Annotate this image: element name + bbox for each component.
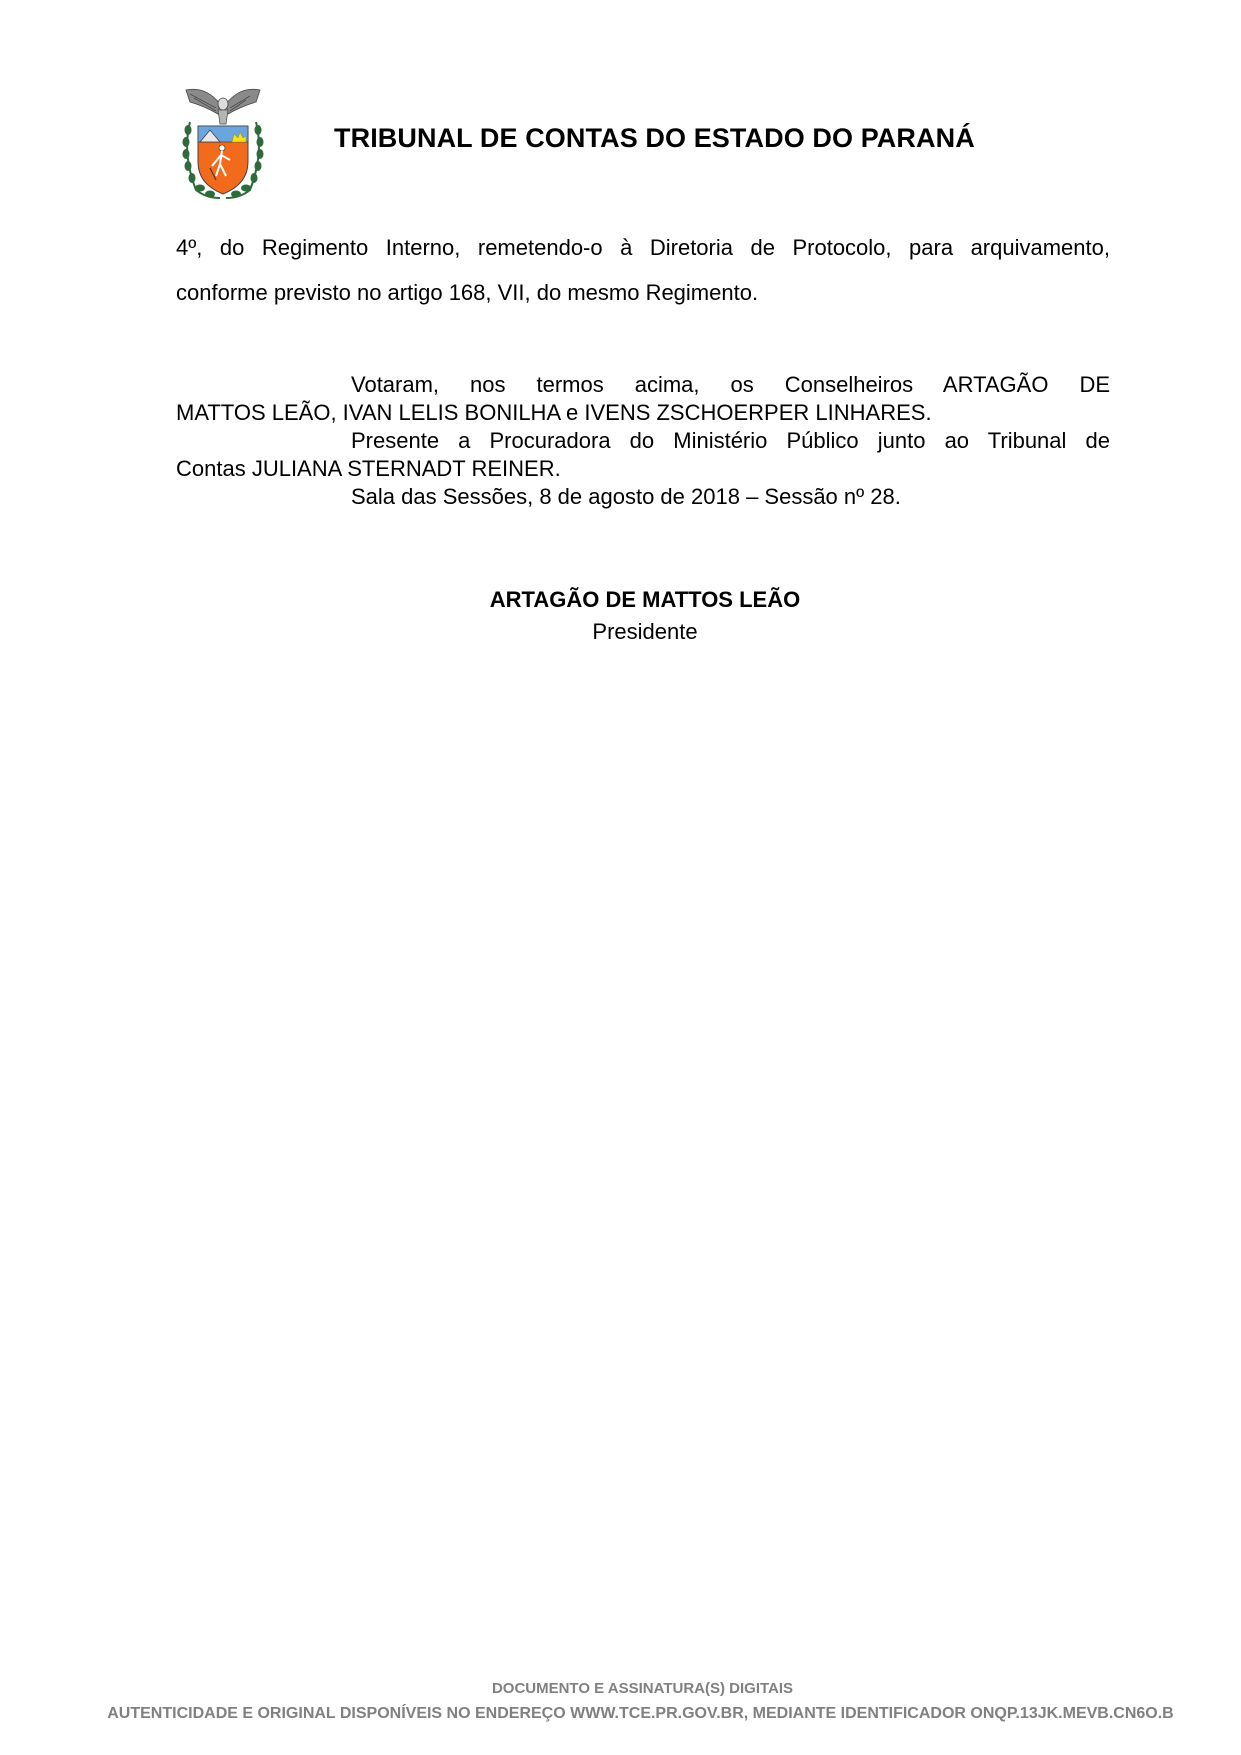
coat-of-arms-icon bbox=[176, 84, 270, 202]
paragraph-1-line-1: 4º, do Regimento Interno, remetendo-o à … bbox=[176, 235, 1110, 261]
paragraph-3-line-2: Contas JULIANA STERNADT REINER. bbox=[176, 456, 1110, 482]
paragraph-1-line-2: conforme previsto no artigo 168, VII, do… bbox=[176, 280, 1110, 306]
footer-authenticity-notice: AUTENTICIDADE E ORIGINAL DISPONÍVEIS NO … bbox=[20, 1705, 1241, 1723]
paragraph-2-line-2: MATTOS LEÃO, IVAN LELIS BONILHA e IVENS … bbox=[176, 400, 1110, 426]
signature-role: Presidente bbox=[0, 619, 1241, 645]
paragraph-3-line-1: Presente a Procuradora do Ministério Púb… bbox=[176, 428, 1110, 454]
page-header: TRIBUNAL DE CONTAS DO ESTADO DO PARANÁ bbox=[0, 0, 1241, 210]
signature-name: ARTAGÃO DE MATTOS LEÃO bbox=[0, 587, 1241, 613]
paragraph-2-line-1: Votaram, nos termos acima, os Conselheir… bbox=[176, 372, 1110, 398]
footer-digital-signature-notice: DOCUMENTO E ASSINATURA(S) DIGITAIS bbox=[22, 1680, 1241, 1697]
paragraph-4-line-1: Sala das Sessões, 8 de agosto de 2018 – … bbox=[176, 484, 1110, 510]
header-title: TRIBUNAL DE CONTAS DO ESTADO DO PARANÁ bbox=[334, 123, 975, 154]
